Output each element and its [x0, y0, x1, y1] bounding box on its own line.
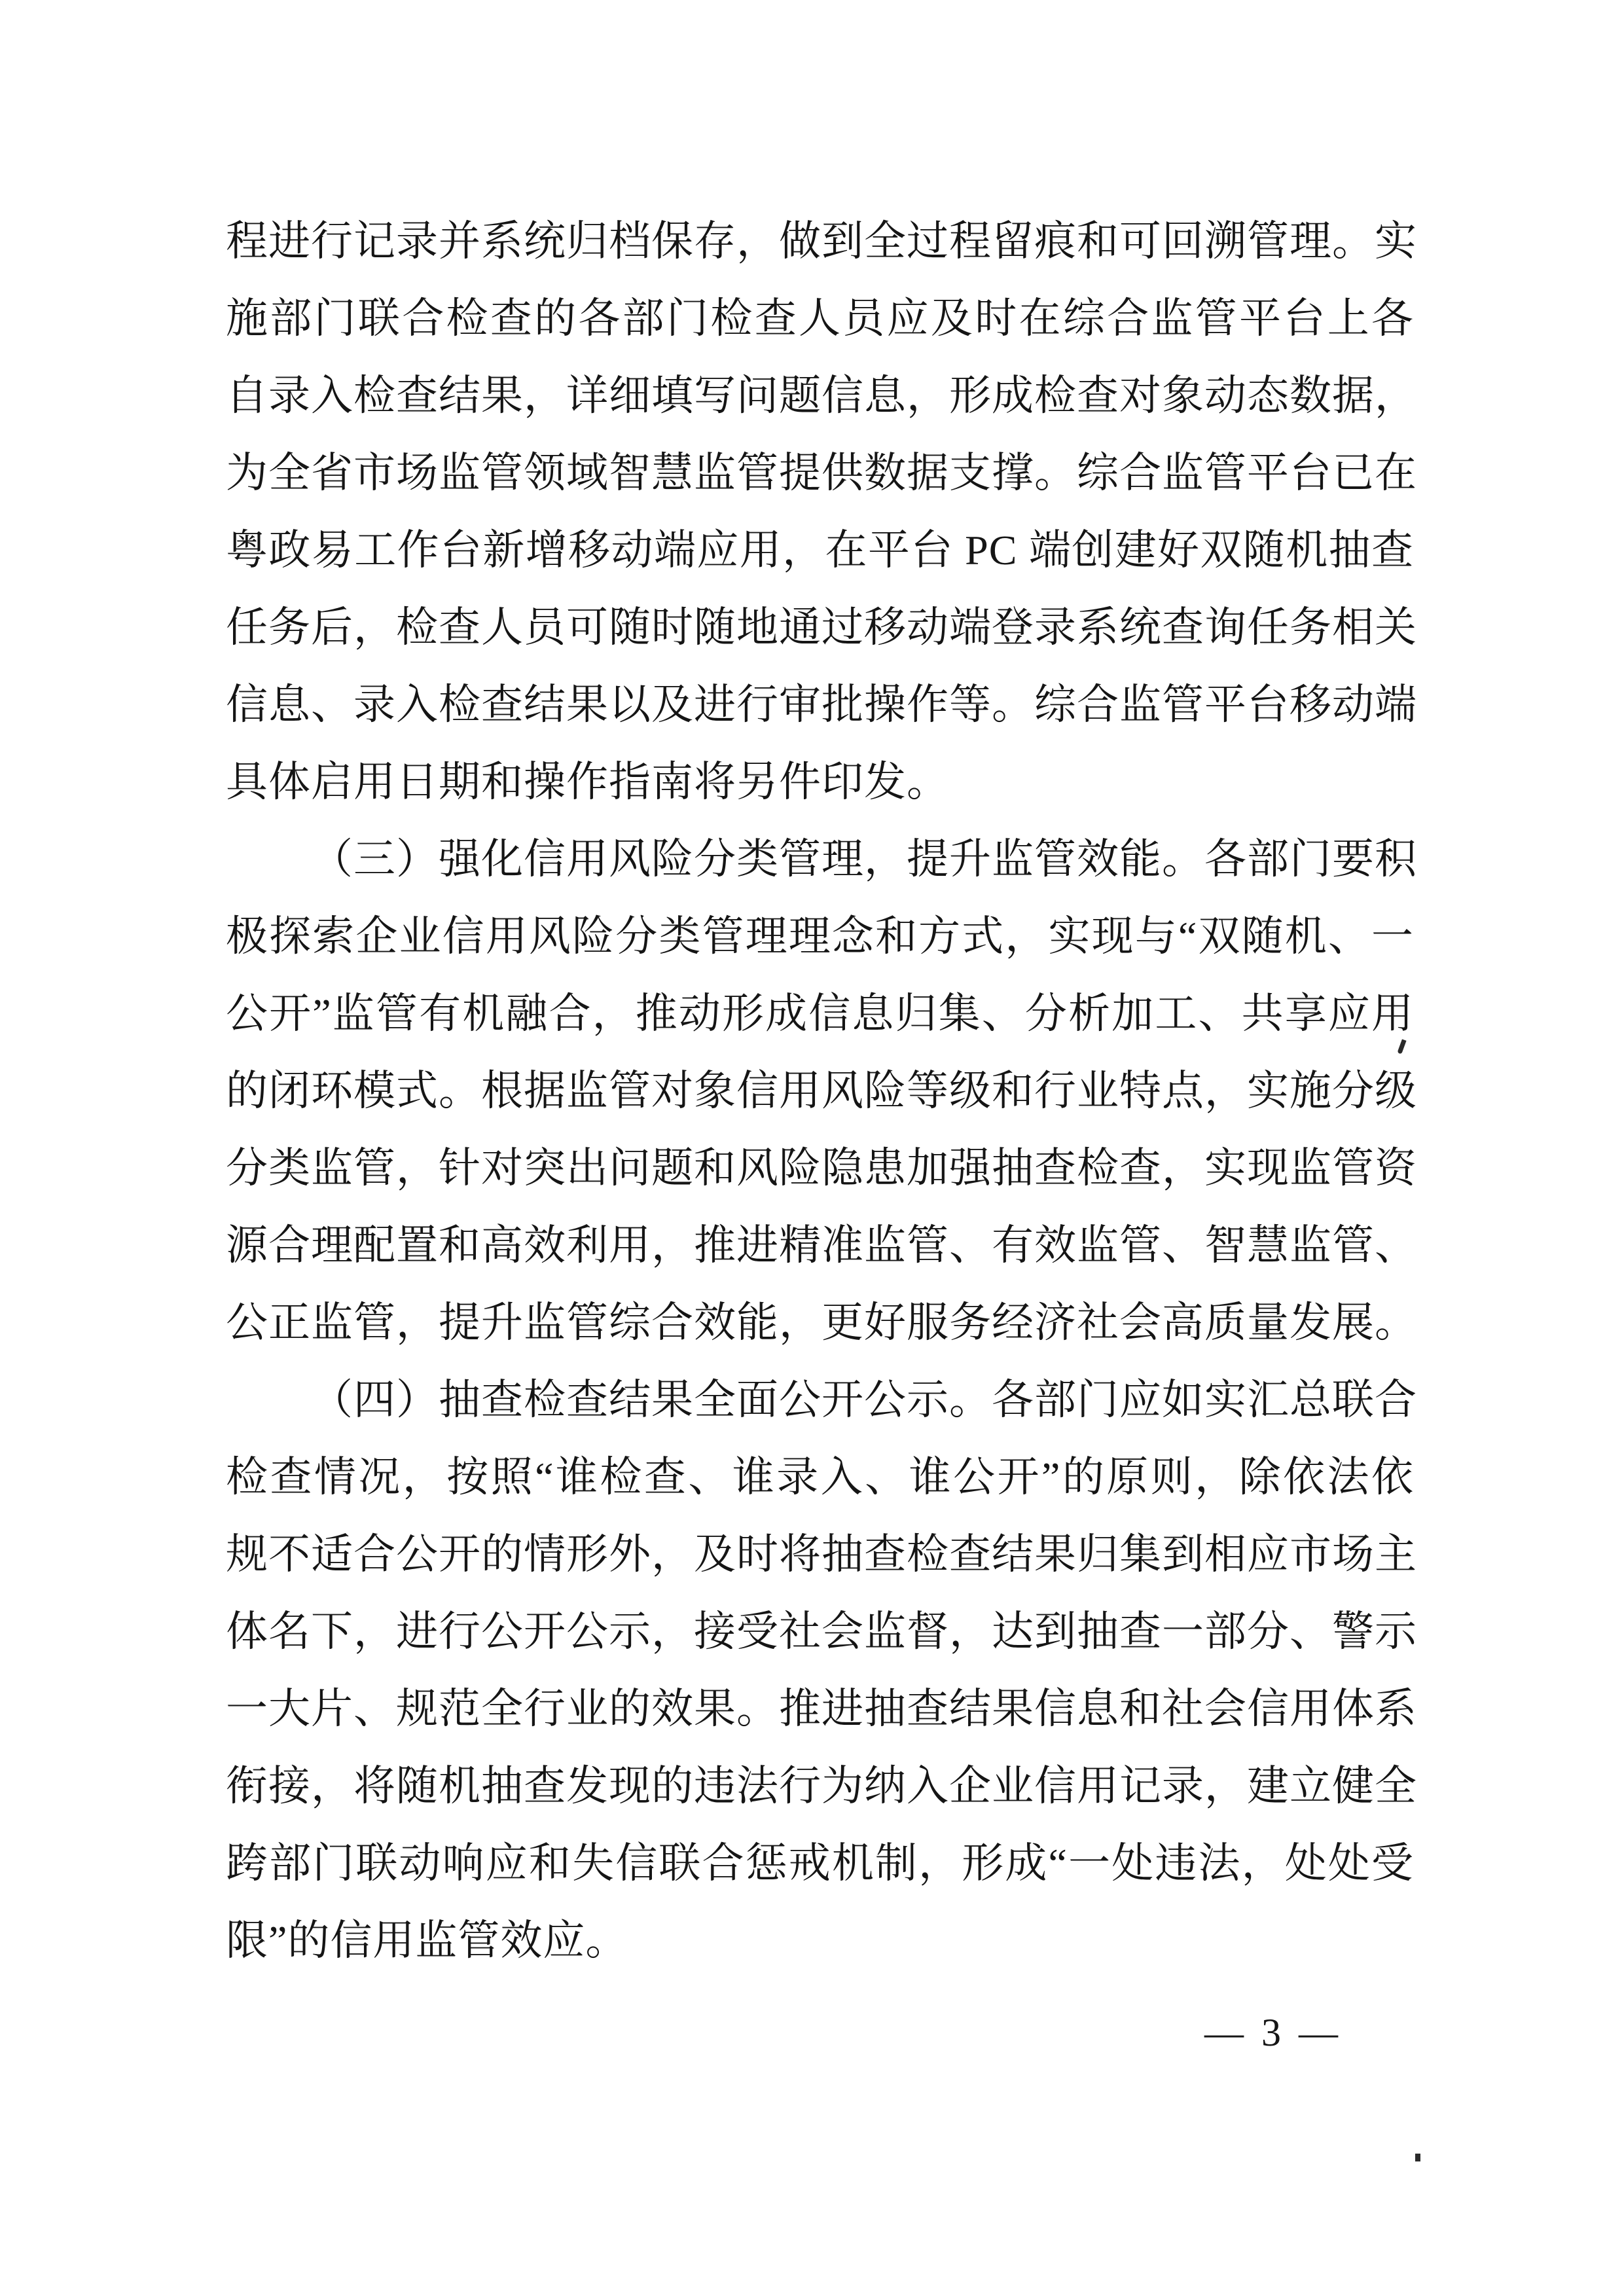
text-line: 衔接，将随机抽查发现的违法行为纳入企业信用记录，建立健全: [226, 1748, 1414, 1825]
text-line: 检查情况，按照“谁检查、谁录入、谁公开”的原则，除依法依: [226, 1439, 1414, 1516]
text-line: 具体启用日期和操作指南将另件印发。: [226, 744, 1414, 821]
text-line: 自录入检查结果，详细填写问题信息，形成检查对象动态数据，: [226, 357, 1414, 435]
text-line: 公正监管，提升监管综合效能，更好服务经济社会高质量发展。: [226, 1284, 1414, 1362]
text-line: 粤政易工作台新增移动端应用，在平台 PC 端创建好双随机抽查: [226, 512, 1414, 589]
text-line-section-4-heading: （四）抽查检查结果全面公开公示。各部门应如实汇总联合: [226, 1362, 1414, 1439]
text-line: 规不适合公开的情形外，及时将抽查检查结果归集到相应市场主: [226, 1516, 1414, 1593]
text-line: 限”的信用监管效应。: [226, 1902, 1414, 1979]
document-page: 程进行记录并系统归档保存，做到全过程留痕和可回溯管理。实 施部门联合检查的各部门…: [0, 0, 1624, 2295]
text-line: 施部门联合检查的各部门检查人员应及时在综合监管平台上各: [226, 280, 1414, 357]
text-line: 的闭环模式。根据监管对象信用风险等级和行业特点，实施分级: [226, 1053, 1414, 1130]
text-line-section-3-heading: （三）强化信用风险分类管理，提升监管效能。各部门要积: [226, 821, 1414, 898]
text-line: 信息、录入检查结果以及进行审批操作等。综合监管平台移动端: [226, 666, 1414, 744]
text-line: 任务后，检查人员可随时随地通过移动端登录系统查询任务相关: [226, 589, 1414, 666]
text-line: 公开”监管有机融合，推动形成信息归集、分析加工、共享应用: [226, 975, 1414, 1053]
text-line: 体名下，进行公开公示，接受社会监督，达到抽查一部分、警示: [226, 1593, 1414, 1671]
page-number: — 3 —: [1204, 2000, 1342, 2065]
text-line: 跨部门联动响应和失信联合惩戒机制，形成“一处违法，处处受: [226, 1825, 1414, 1902]
text-line: 为全省市场监管领域智慧监管提供数据支撑。综合监管平台已在: [226, 435, 1414, 512]
text-line: 源合理配置和高效利用，推进精准监管、有效监管、智慧监管、: [226, 1207, 1414, 1284]
scan-artifact-speck: [1415, 2154, 1420, 2161]
document-text-block: 程进行记录并系统归档保存，做到全过程留痕和可回溯管理。实 施部门联合检查的各部门…: [226, 203, 1414, 1979]
text-line: 分类监管，针对突出问题和风险隐患加强抽查检查，实现监管资: [226, 1130, 1414, 1207]
text-line: 程进行记录并系统归档保存，做到全过程留痕和可回溯管理。实: [226, 203, 1414, 280]
text-line: 极探索企业信用风险分类管理理念和方式，实现与“双随机、一: [226, 898, 1414, 975]
text-line: 一大片、规范全行业的效果。推进抽查结果信息和社会信用体系: [226, 1671, 1414, 1748]
